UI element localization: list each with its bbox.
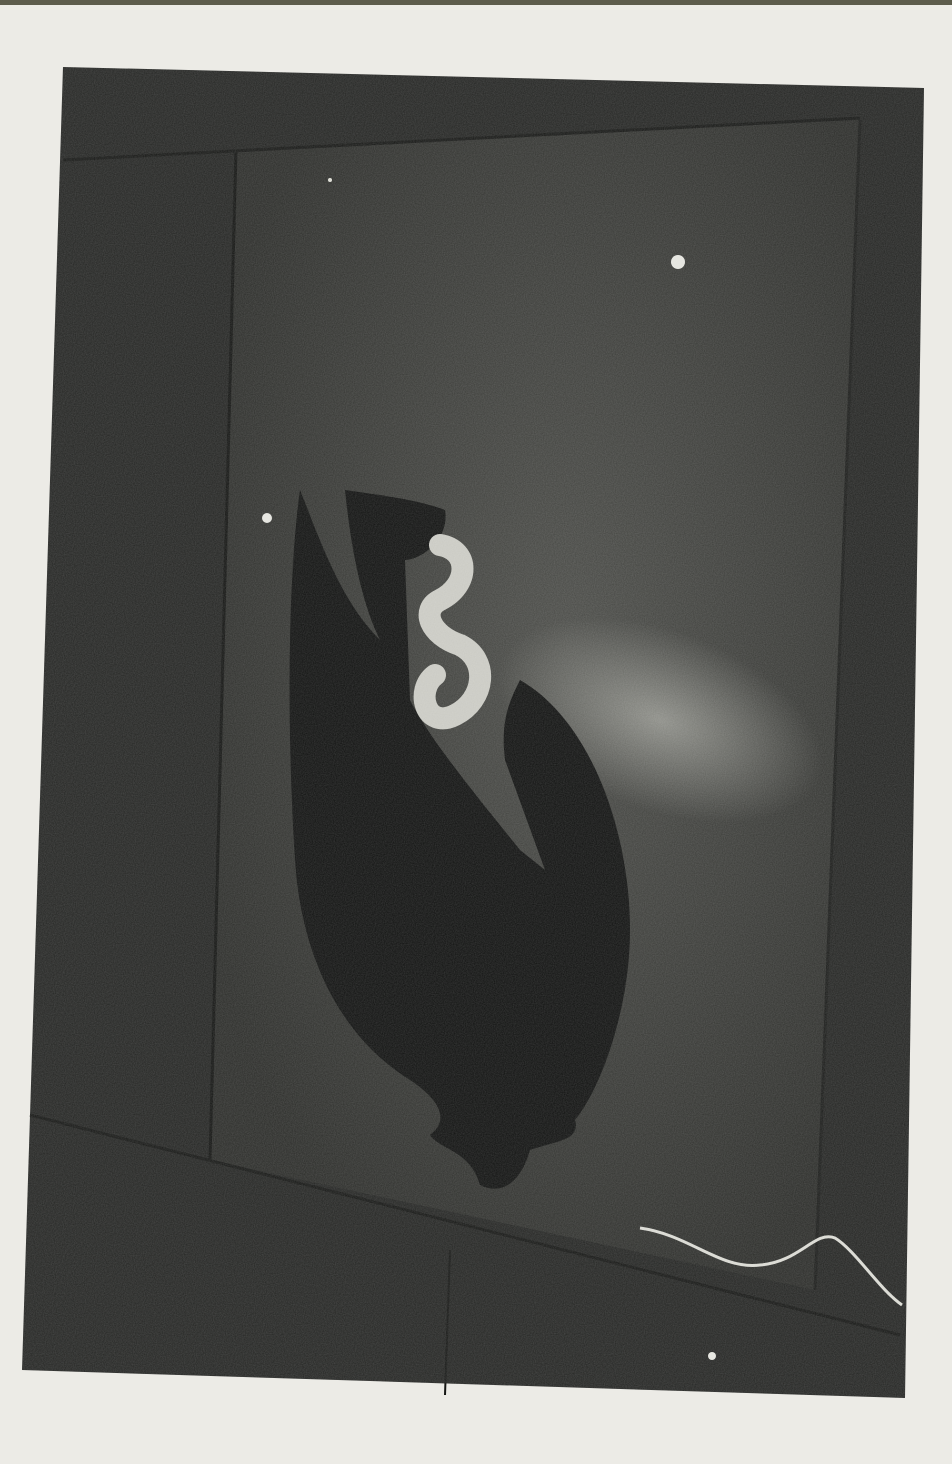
photo-print: [0, 0, 952, 1464]
photograph: [0, 0, 952, 1464]
